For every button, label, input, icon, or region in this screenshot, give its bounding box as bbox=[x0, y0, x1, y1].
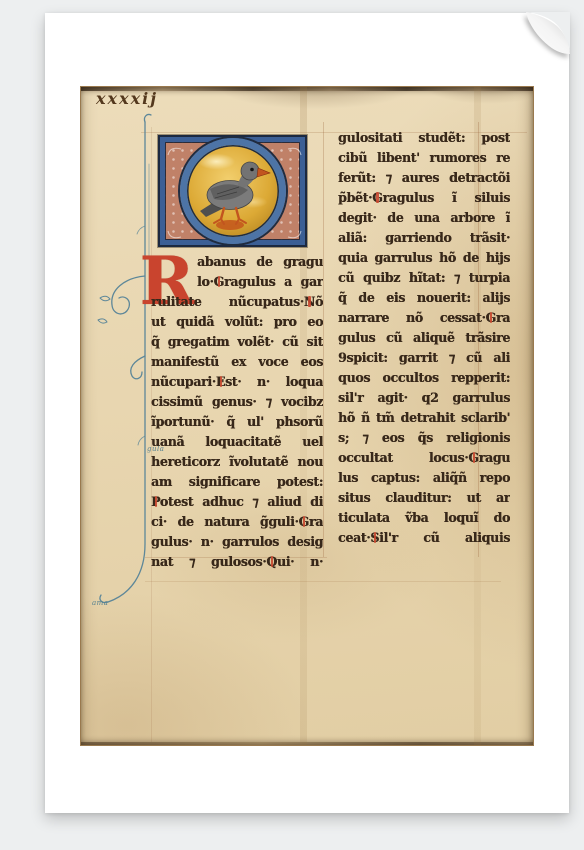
text-line: gulus cũ aliquẽ trãsire bbox=[338, 328, 510, 348]
ink-text: ci· de natura g̃guli· bbox=[151, 514, 298, 529]
ink-text: gulus cũ aliquẽ trãsire bbox=[338, 330, 510, 345]
ink-text: abanus de gragu bbox=[197, 254, 323, 269]
rubricated-capital: P bbox=[151, 494, 160, 509]
text-line: 9spicit: garrit ⁊ cũ ali bbox=[338, 348, 510, 368]
ink-text: ragulus ĩ siluis bbox=[382, 190, 510, 205]
rubricated-capital: N bbox=[304, 294, 315, 309]
ink-text: sil'r agit· q2 garrulus bbox=[338, 390, 510, 405]
rubricated-capital: Q bbox=[266, 554, 277, 569]
ink-text: gulus· n· garrulos desig bbox=[151, 534, 323, 549]
text-line: am significare potest: bbox=[151, 472, 323, 492]
rubricated-capital: G bbox=[214, 274, 224, 289]
ink-text: 9spicit: garrit ⁊ cũ ali bbox=[338, 350, 510, 365]
margin-doodle: ama bbox=[92, 599, 108, 607]
ink-text: q̃ gregatim volẽt· cũ sit bbox=[151, 334, 323, 349]
rubricated-capital: G bbox=[372, 190, 382, 205]
ink-text: lo· bbox=[197, 274, 214, 289]
ink-text: ticulata ṽba loquĩ do bbox=[338, 510, 510, 525]
ink-text: cissimũ genus· ⁊ vocibz bbox=[151, 394, 323, 409]
text-line: s; ⁊ eos q̃s religionis bbox=[338, 428, 510, 448]
ink-text: hereticorz ĩvolutatẽ nou bbox=[151, 454, 323, 469]
ink-text: s; ⁊ eos q̃s religionis bbox=[338, 430, 510, 445]
ink-text: cibũ libent' rumores re bbox=[338, 150, 510, 165]
page-curl-corner bbox=[512, 12, 570, 70]
ink-text: cũ quibz hĩtat: ⁊ turpia bbox=[338, 270, 510, 285]
text-line: ceat·Sil'r cũ aliquis bbox=[338, 528, 510, 548]
text-column-left: abanus de gragulo·Gragulus a garrulitate… bbox=[151, 252, 323, 572]
ink-text: manifestũ ex voce eos bbox=[151, 354, 323, 369]
text-line: cissimũ genus· ⁊ vocibz bbox=[151, 392, 323, 412]
ink-text: ui· n· bbox=[277, 554, 323, 569]
text-line: lus captus: aliq̃ñ repo bbox=[338, 468, 510, 488]
ink-text: ra bbox=[496, 310, 510, 325]
rubricated-capital: G bbox=[468, 450, 478, 465]
text-line: degit· de una arbore ĩ bbox=[338, 208, 510, 228]
parchment-leaf: xxxxij bbox=[80, 86, 534, 746]
text-line: occultat locus·Gragu bbox=[338, 448, 510, 468]
folio-number: xxxxij bbox=[96, 89, 158, 108]
ink-text: õ bbox=[315, 294, 323, 309]
ink-text: ut quidã volũt: pro eo bbox=[151, 314, 323, 329]
ink-text: nat ⁊ gulosos· bbox=[151, 554, 266, 569]
ink-text: aliã: garriendo trãsit· bbox=[338, 230, 510, 245]
text-line: hereticorz ĩvolutatẽ nou bbox=[151, 452, 323, 472]
text-line: q̃ de eis nouerit: alijs bbox=[338, 288, 510, 308]
ink-text: ragu bbox=[479, 450, 510, 465]
text-line: aliã: garriendo trãsit· bbox=[338, 228, 510, 248]
text-line: gulositati studẽt: post bbox=[338, 128, 510, 148]
rubricated-capital: G bbox=[298, 514, 308, 529]
text-line: narrare nõ cessat·Gra bbox=[338, 308, 510, 328]
text-line: rulitate nũcupatus·Nõ bbox=[151, 292, 323, 312]
text-line: uanã loquacitatẽ uel bbox=[151, 432, 323, 452]
ink-text: lus captus: aliq̃ñ repo bbox=[338, 470, 510, 485]
text-line: nũcupari·Est· n· loqua bbox=[151, 372, 323, 392]
ink-text: il'r cũ aliquis bbox=[379, 530, 510, 545]
ink-text: narrare nõ cessat· bbox=[338, 310, 485, 325]
print-sheet: xxxxij bbox=[45, 13, 569, 813]
ink-text: otest adhuc ⁊ aliud di bbox=[160, 494, 323, 509]
ink-text: ra bbox=[309, 514, 323, 529]
text-line: nat ⁊ gulosos·Qui· n· bbox=[151, 552, 323, 572]
ruling-line bbox=[145, 581, 501, 582]
eye bbox=[250, 168, 254, 172]
ink-text: hõ ñ tm̃ detrahit sclarib' bbox=[338, 410, 510, 425]
text-column-right: gulositati studẽt: postcibũ libent' rumo… bbox=[338, 128, 510, 548]
ink-text: quos occultos repperit: bbox=[338, 370, 510, 385]
ink-text: rulitate nũcupatus· bbox=[151, 294, 304, 309]
ink-text: degit· de una arbore ĩ bbox=[338, 210, 510, 225]
text-line: cibũ libent' rumores re bbox=[338, 148, 510, 168]
manuscript-photo-page: xxxxij bbox=[0, 0, 584, 850]
text-line: quia garrulus hõ de hijs bbox=[338, 248, 510, 268]
ruling-line bbox=[323, 122, 324, 557]
rubricated-capital: S bbox=[370, 530, 379, 545]
ink-text: gulositati studẽt: post bbox=[338, 130, 510, 145]
text-line: q̃ gregatim volẽt· cũ sit bbox=[151, 332, 323, 352]
text-line: ci· de natura g̃guli·Gra bbox=[151, 512, 323, 532]
text-line: Potest adhuc ⁊ aliud di bbox=[151, 492, 323, 512]
text-line: p̃bẽt·Gragulus ĩ siluis bbox=[338, 188, 510, 208]
ink-text: nũcupari· bbox=[151, 374, 216, 389]
text-line: lo·Gragulus a gar bbox=[151, 272, 323, 292]
ink-text: quia garrulus hõ de hijs bbox=[338, 250, 510, 265]
leaf-bottom-edge bbox=[81, 742, 533, 745]
text-line: ĩportunũ· q̃ ul' phsorũ bbox=[151, 412, 323, 432]
jackdaw-illustration bbox=[160, 137, 309, 249]
rubricated-capital: E bbox=[216, 374, 225, 389]
rubricated-capital: G bbox=[485, 310, 495, 325]
text-line: manifestũ ex voce eos bbox=[151, 352, 323, 372]
ink-text: uanã loquacitatẽ uel bbox=[151, 434, 323, 449]
ink-text: ĩportunũ· q̃ ul' phsorũ bbox=[151, 414, 323, 429]
text-line: abanus de gragu bbox=[151, 252, 323, 272]
text-line: sil'r agit· q2 garrulus bbox=[338, 388, 510, 408]
ink-text: situs clauditur: ut ar bbox=[338, 490, 510, 505]
text-line: ticulata ṽba loquĩ do bbox=[338, 508, 510, 528]
text-line: hõ ñ tm̃ detrahit sclarib' bbox=[338, 408, 510, 428]
ink-text: ceat· bbox=[338, 530, 370, 545]
text-line: situs clauditur: ut ar bbox=[338, 488, 510, 508]
ink-text: am significare potest: bbox=[151, 474, 323, 489]
text-line: gulus· n· garrulos desig bbox=[151, 532, 323, 552]
beak bbox=[257, 168, 270, 177]
ink-text: p̃bẽt· bbox=[338, 190, 372, 205]
text-line: ut quidã volũt: pro eo bbox=[151, 312, 323, 332]
text-line: quos occultos repperit: bbox=[338, 368, 510, 388]
jackdaw-bird bbox=[200, 162, 270, 230]
text-line: ferũt: ⁊ aures detractõi bbox=[338, 168, 510, 188]
text-line: cũ quibz hĩtat: ⁊ turpia bbox=[338, 268, 510, 288]
ink-text: q̃ de eis nouerit: alijs bbox=[338, 290, 510, 305]
ink-text: occultat locus· bbox=[338, 450, 468, 465]
ink-text: ragulus a gar bbox=[224, 274, 323, 289]
bird-miniature-panel bbox=[158, 135, 307, 247]
ink-text: st· n· loqua bbox=[225, 374, 323, 389]
ink-text: ferũt: ⁊ aures detractõi bbox=[338, 170, 510, 185]
